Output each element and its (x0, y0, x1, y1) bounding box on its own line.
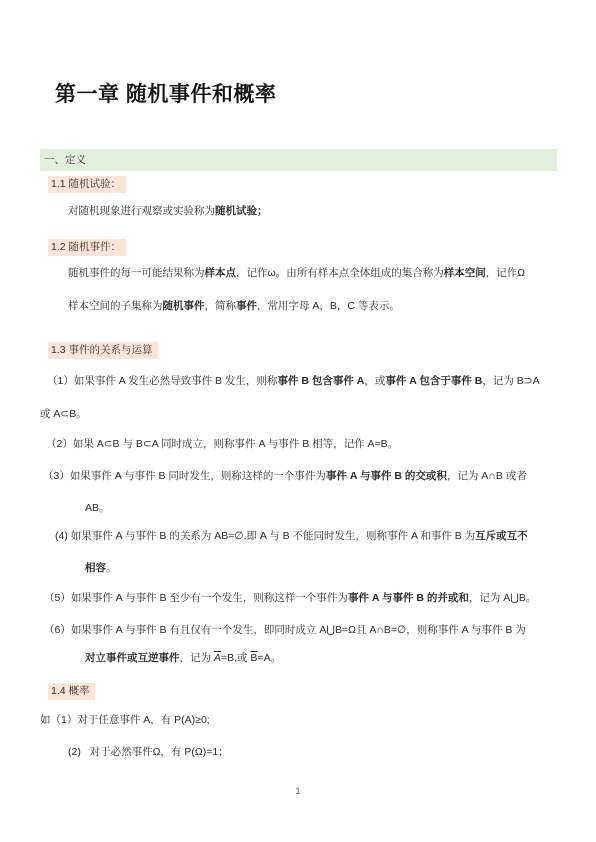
list-item-1-line-2: 或 A⊂B。 (40, 407, 87, 421)
subheading-1-3-event-relations: 1.3 事件的关系与运算 (48, 342, 158, 359)
list-item-6-line-1: （6）如果事件 A 与事件 B 有且仅有一个发生，即同时成立 A⋃B=Ω且 A∩… (44, 623, 526, 637)
subheading-1-4-probability: 1.4 概率 (48, 683, 95, 700)
subheading-1-2-random-event: 1.2 随机事件： (48, 239, 126, 256)
para-1-1-line: 对随机现象进行观察或实验称为随机试验； (68, 204, 268, 218)
para-1-2-line-1: 随机事件的每一可能结果称为样本点，记作ω。由所有样本点全体组成的集合称为样本空间… (68, 266, 525, 280)
list-item-2-line: （2）如果 A⊂B 与 B⊂A 同时成立，则称事件 A 与事件 B 相等，记作 … (46, 437, 398, 451)
list-item-4-line-1: (4) 如果事件 A 与事件 B 的关系为 AB=∅,即 A 与 B 不能同时发… (55, 529, 528, 543)
section-header-definitions: 一、定义 (40, 149, 557, 171)
page-number: 1 (0, 786, 596, 796)
list-item-4-line-2: 相容。 (85, 561, 117, 575)
list-item-5-line: （5）如果事件 A 与事件 B 至少有一个发生，则称这样一个事件为事件 A 与事… (44, 591, 536, 605)
subheading-1-1-random-experiment: 1.1 随机试验： (48, 176, 126, 193)
para-1-4-line-2: (2) 对于必然事件Ω，有 P(Ω)=1； (68, 745, 229, 759)
para-1-4-line-1: 如（1）对于任意事件 A，有 P(A)≥0; (40, 713, 210, 727)
list-item-6-line-2: 对立事件或互逆事件，记为 A=B,或 B=A。 (85, 651, 281, 665)
list-item-3-line-1: （3）如果事件 A 与事件 B 同时发生，则称这样的一个事件为事件 A 与事件 … (43, 469, 527, 483)
list-item-1-line-1: （1）如果事件 A 发生必然导致事件 B 发生，则称事件 B 包含事件 A，或事… (47, 374, 540, 388)
chapter-title: 第一章 随机事件和概率 (55, 78, 276, 108)
list-item-3-line-2: AB。 (85, 501, 110, 515)
para-1-2-line-2: 样本空间的子集称为随机事件，简称事件，常用字母 A，B，C 等表示。 (68, 299, 400, 313)
document-page: 第一章 随机事件和概率 一、定义 1.1 随机试验： 对随机现象进行观察或实验称… (0, 0, 596, 842)
